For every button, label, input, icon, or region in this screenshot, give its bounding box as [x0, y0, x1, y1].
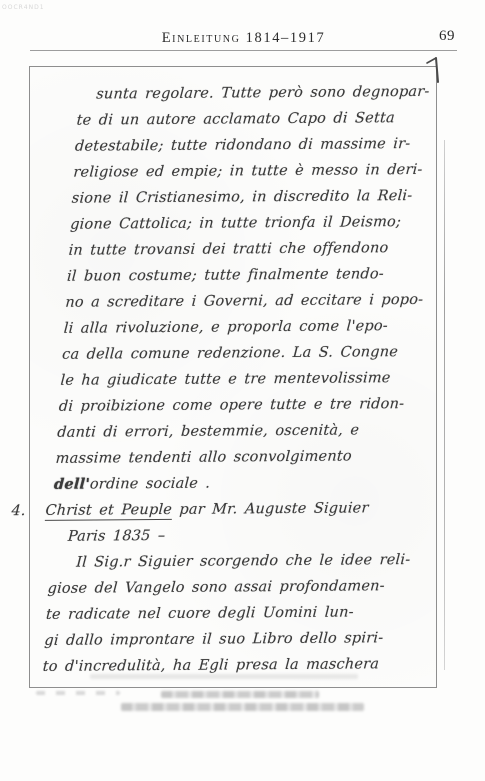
manuscript-line: giose del Vangelo sono assai profondamen…: [47, 573, 399, 602]
manuscript-line: le ha giudicate tutte e tre mentevolissi…: [60, 365, 412, 394]
manuscript-line: religiose ed empie; in tutte è messo in …: [73, 157, 425, 186]
manuscript-line: detestabile; tutte ridondano di massime …: [74, 131, 426, 160]
manuscript-facsimile-frame: sunta regolare. Tutte però sono degnopar…: [29, 66, 437, 688]
manuscript-line: li alla rivoluzione, e proporla come l'e…: [63, 313, 415, 342]
manuscript-line: in tutte trovansi dei tratti che offendo…: [68, 235, 420, 264]
scan-echo-line: [444, 140, 445, 670]
manuscript-item-4: 4.Christ et Peuple par Mr. Auguste Sigui…: [11, 495, 404, 524]
illegible-caption-line-2: [121, 703, 364, 711]
scanner-corner-mark: OOCR4ND1: [2, 4, 45, 11]
manuscript-line: massime tendenti allo sconvolgimento: [55, 443, 407, 472]
illegible-caption-fragments: [36, 691, 120, 695]
manuscript-line: gi dallo improntare il suo Libro dello s…: [44, 625, 396, 654]
heavy-ink-word: dell': [54, 476, 91, 493]
manuscript-line: ca della comune redenzione. La S. Congne: [61, 339, 413, 368]
corner-pen-hook-mark: [423, 56, 445, 86]
manuscript-line: gione Cattolica; in tutte trionfa il Dei…: [69, 209, 421, 238]
scanned-book-page: { "page": { "corner_mark": "OOCR4ND1", "…: [0, 0, 485, 781]
header-rule: [30, 50, 457, 51]
underlined-book-title: Christ et Peuple: [45, 502, 173, 521]
item-number: 4.: [11, 498, 33, 524]
manuscript-dateline: Paris 1835 –: [67, 521, 402, 550]
manuscript-line: sione il Cristianesimo, in discredito la…: [71, 183, 423, 212]
manuscript-line: Il Sig.r Siguier scorgendo che le idee r…: [75, 547, 400, 576]
manuscript-line: te radicate nel cuore degli Uomini lun-: [45, 599, 397, 628]
running-head: Einleitung 1814–1917 69: [30, 30, 457, 48]
manuscript-line: danti di errori, bestemmie, oscenità, e: [56, 417, 408, 446]
manuscript-line-rest: ordine sociale .: [89, 476, 210, 493]
scan-smudge: [90, 674, 358, 679]
manuscript-line: il buon costume; tutte finalmente tendo-: [66, 261, 418, 290]
page-number: 69: [439, 28, 455, 45]
manuscript-line: no a screditare i Governi, ad eccitare i…: [65, 287, 417, 316]
manuscript-line: di proibizione come opere tutte e tre ri…: [58, 391, 410, 420]
item-author-text: par Mr. Auguste Siguier: [179, 500, 369, 517]
manuscript-line: te di un autore acclamato Capo di Setta: [76, 105, 428, 134]
chapter-title: Einleitung 1814–1917: [30, 30, 457, 47]
handwritten-text-block: sunta regolare. Tutte però sono degnopar…: [0, 64, 436, 681]
illegible-caption-line-1: [161, 691, 319, 698]
manuscript-line-ordine-sociale: dell'ordine sociale .: [53, 469, 405, 498]
manuscript-line: sunta regolare. Tutte però sono degnopar…: [95, 79, 429, 108]
